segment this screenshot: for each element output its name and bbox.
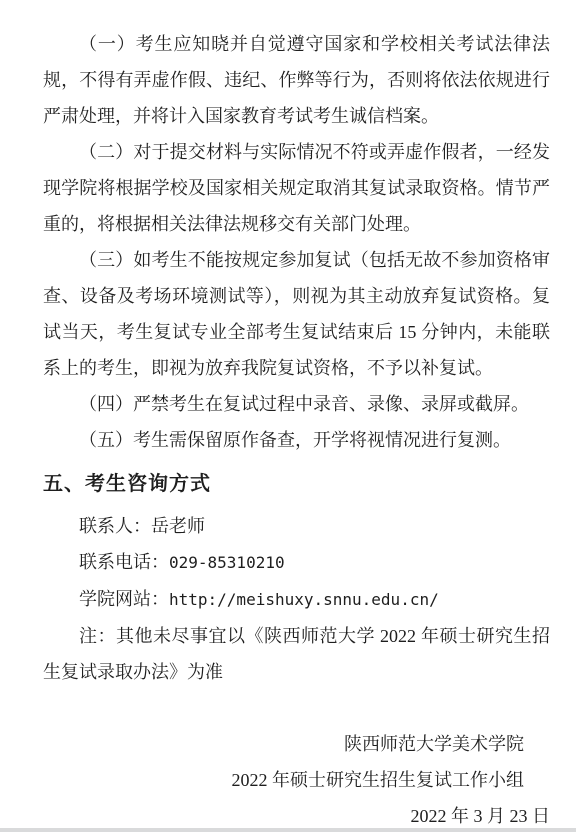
- contact-person-line: 联系人：岳老师: [43, 508, 550, 544]
- rule-paragraph-2: （二）对于提交材料与实际情况不符或弄虚作假者，一经发现学院将根据学校及国家相关规…: [43, 134, 550, 242]
- contact-person-value: 岳老师: [151, 516, 205, 536]
- contact-phone-line: 联系电话：029-85310210: [43, 544, 550, 581]
- contact-website-label: 学院网站：: [79, 589, 169, 609]
- signature-date: 2022 年 3 月 23 日: [43, 798, 550, 832]
- signature-organization: 陕西师范大学美术学院: [43, 726, 550, 762]
- contact-website-value: http://meishuxy.snnu.edu.cn/: [169, 590, 439, 609]
- note-paragraph: 注：其他未尽事宜以《陕西师范大学 2022 年硕士研究生招生复试录取办法》为准: [43, 618, 550, 690]
- document-page: （一）考生应知晓并自觉遵守国家和学校相关考试法律法规，不得有弄虚作假、违纪、作弊…: [0, 0, 576, 832]
- section-heading: 五、考生咨询方式: [43, 466, 550, 502]
- contact-website-line: 学院网站：http://meishuxy.snnu.edu.cn/: [43, 581, 550, 618]
- contact-block: 联系人：岳老师 联系电话：029-85310210 学院网站：http://me…: [43, 508, 550, 618]
- contact-phone-label: 联系电话：: [79, 552, 169, 572]
- contact-person-label: 联系人：: [79, 516, 151, 536]
- rule-paragraph-4: （四）严禁考生在复试过程中录音、录像、录屏或截屏。: [43, 386, 550, 422]
- signature-committee: 2022 年硕士研究生招生复试工作小组: [43, 762, 550, 798]
- rule-paragraph-1: （一）考生应知晓并自觉遵守国家和学校相关考试法律法规，不得有弄虚作假、违纪、作弊…: [43, 26, 550, 134]
- contact-phone-value: 029-85310210: [169, 553, 285, 572]
- page-bottom-edge: [0, 828, 576, 832]
- rule-paragraph-3: （三）如考生不能按规定参加复试（包括无故不参加资格审查、设备及考场环境测试等），…: [43, 242, 550, 386]
- rule-paragraph-5: （五）考生需保留原作备查，开学将视情况进行复测。: [43, 422, 550, 458]
- signature-block: 陕西师范大学美术学院 2022 年硕士研究生招生复试工作小组 2022 年 3 …: [43, 726, 550, 832]
